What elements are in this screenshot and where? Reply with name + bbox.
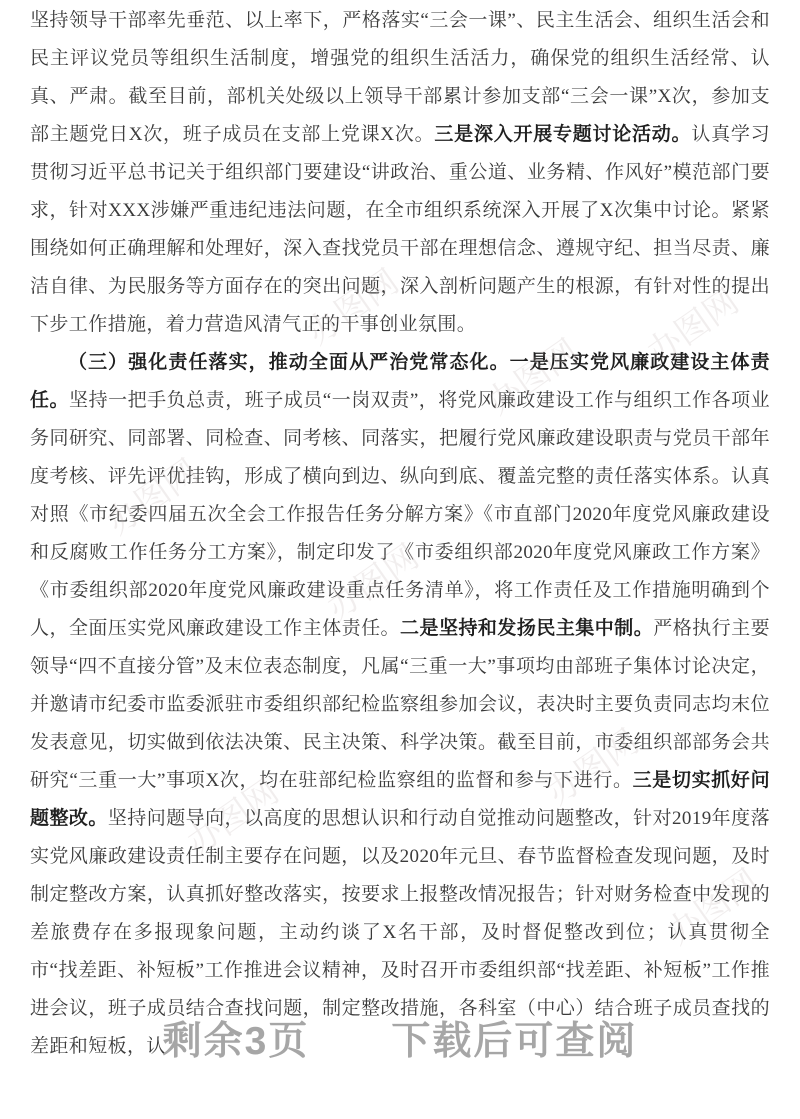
document-page: 坚持领导干部率先垂范、以上率下，严格落实“三会一课”、民主生活会、组织生活会和民… xyxy=(0,0,800,1119)
text-run: 严格执行主要领导“四不直接分管”及末位表态制度，凡属“三重一大”事项均由部班子集… xyxy=(30,618,770,791)
text-run: 认真学习贯彻习近平总书记关于组织部门要建设“讲政治、重公道、业务精、作风好”模范… xyxy=(30,124,770,335)
bold-run: 三是深入开展专题讨论活动。 xyxy=(434,124,691,145)
text-run: 坚持一把手负总责，班子成员“一岗双责”，将党风廉政建设工作与组织工作各项业务同研… xyxy=(30,390,770,639)
paragraph: 坚持领导干部率先垂范、以上率下，严格落实“三会一课”、民主生活会、组织生活会和民… xyxy=(30,2,770,344)
bold-run: 二是坚持和发扬民主集中制。 xyxy=(400,618,653,639)
document-body: 坚持领导干部率先垂范、以上率下，严格落实“三会一课”、民主生活会、组织生活会和民… xyxy=(30,2,770,1066)
paragraph: （三）强化责任落实，推动全面从严治党常态化。一是压实党风廉政建设主体责任。坚持一… xyxy=(30,344,770,1066)
pages-remaining-notice: 剩余3页 下载后可查阅 xyxy=(0,1010,800,1066)
